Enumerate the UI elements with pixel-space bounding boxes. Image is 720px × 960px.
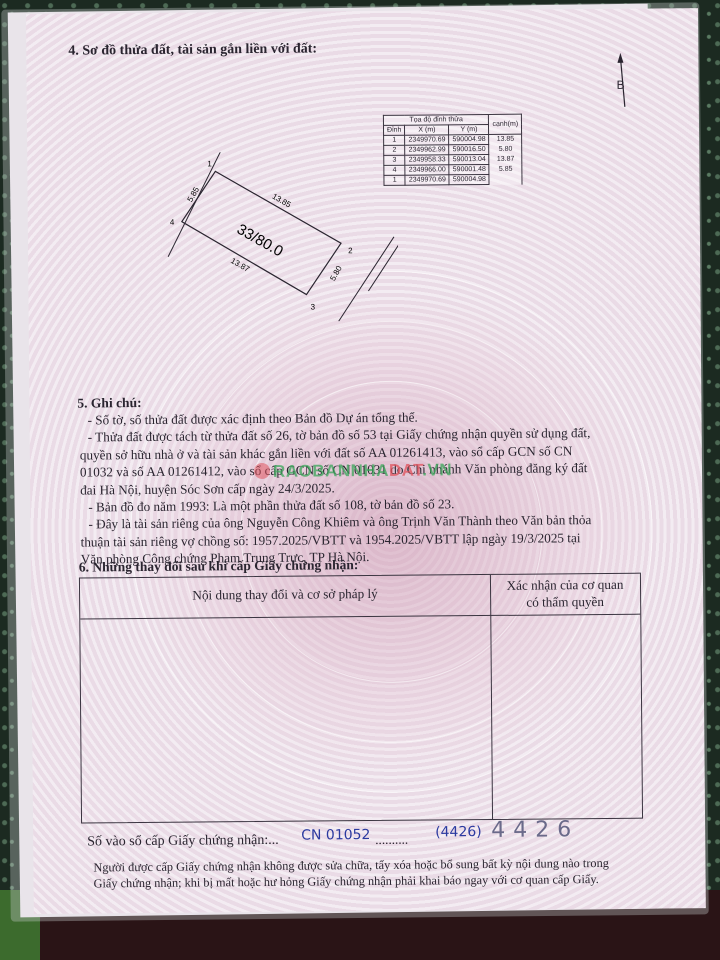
registry-pencil-number: 4426 [491,817,579,843]
vertex-coordinate-table: Tọa độ đỉnh thửa cạnh(m) Đỉnh X (m) Y (m… [383,114,523,186]
certificate-page: 4. Sơ đồ thửa đất, tài sản gắn liền với … [26,8,706,914]
registry-label: Số vào sổ cấp Giấy chứng nhận: [87,833,268,850]
vertex-header: Đỉnh [383,125,404,135]
changes-content-header: Nội dung thay đổi và cơ sở pháp lý [80,585,490,605]
table-row: 12349970.69590004.98 [384,174,522,185]
svg-text:13.85: 13.85 [271,192,293,210]
note-line: đai Hà Nội, huyện Sóc Sơn cấp ngày 24/3/… [80,479,335,499]
edge-header: cạnh(m) [489,114,522,134]
parcel-diagram: 1 2 3 4 13.85 5.80 13.87 5.85 33/80.0 [157,151,398,323]
authority-confirmation-header: Xác nhận của cơ quan có thẩm quyền [490,576,640,611]
svg-text:3: 3 [311,302,316,311]
svg-text:13.87: 13.87 [229,256,251,274]
svg-text:4: 4 [170,218,175,227]
section-4-title: 4. Sơ đồ thửa đất, tài sản gắn liền với … [68,41,317,59]
svg-text:2: 2 [348,246,353,255]
north-arrow-icon: B [606,49,637,109]
section-5-title: 5. Ghi chú: [77,395,141,412]
svg-text:1: 1 [207,159,212,168]
registry-handwritten-paren: (4426) [435,824,482,840]
watermark: RAOBANNHADAT.VN [254,460,452,482]
y-header: Y (m) [449,124,489,134]
svg-text:B: B [617,78,625,92]
registry-handwritten-number: CN 01052 [301,827,370,844]
north-arrow: B [606,49,637,114]
x-header: X (m) [405,125,449,135]
section-6-title: 6. Những thay đổi sau khi cấp Giấy chứng… [79,557,359,575]
svg-text:33/80.0: 33/80.0 [234,221,286,260]
svg-text:5.80: 5.80 [328,264,344,282]
note-line: thuận tài sản riêng vợ chồng số: 1957.20… [81,529,581,551]
watermark-logo-icon [254,463,270,479]
registry-number-line: Số vào sổ cấp Giấy chứng nhận:... [87,832,279,851]
changes-table: Nội dung thay đổi và cơ sở pháp lý Xác n… [79,573,643,824]
footer-note-line-2: Giấy chứng nhận; khi bị mất hoặc hư hỏng… [94,871,599,893]
